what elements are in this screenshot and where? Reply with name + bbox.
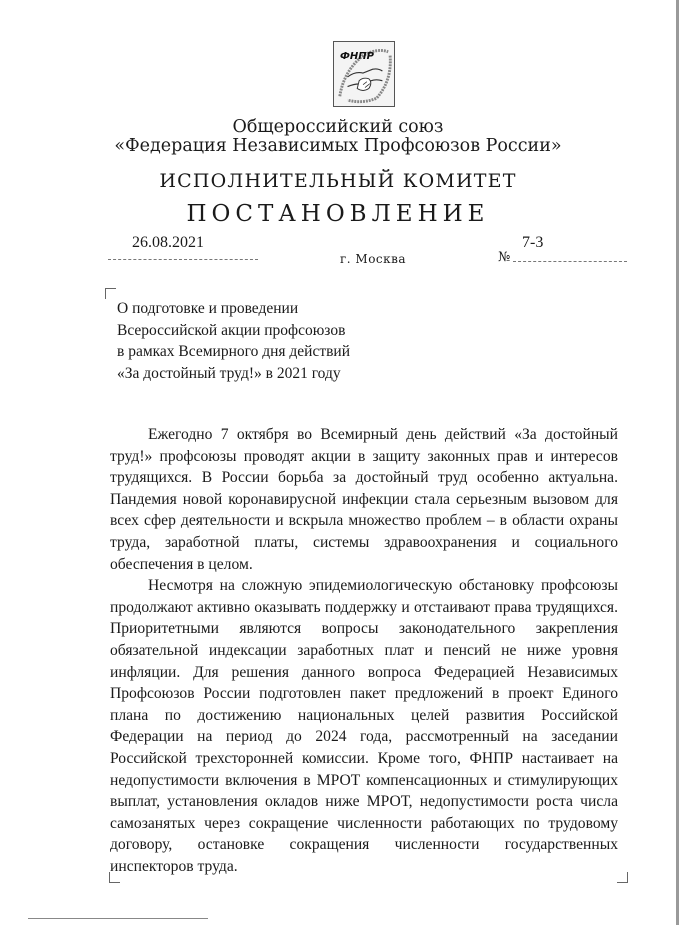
- number-sign: №: [498, 250, 510, 265]
- logo-abbreviation: ФНПР: [340, 51, 374, 62]
- corner-mark-bottom-right: [617, 872, 628, 883]
- subject-line: О подготовке и проведении: [117, 298, 350, 320]
- subject-line: в рамках Всемирного дня действий: [117, 341, 350, 363]
- number-underline: [513, 261, 627, 262]
- document-body: Ежегодно 7 октября во Всемирный день дей…: [110, 424, 618, 877]
- subject-line: Всероссийской акции профсоюзов: [117, 320, 350, 342]
- document-subject: О подготовке и проведении Всероссийской …: [117, 298, 350, 384]
- date-underline: [108, 259, 258, 260]
- footer-rule: [28, 918, 208, 919]
- corner-mark-top-left: [105, 288, 116, 299]
- committee-title: ИСПОЛНИТЕЛЬНЫЙ КОМИТЕТ: [0, 170, 676, 192]
- document-type-title: ПОСТАНОВЛЕНИЕ: [0, 201, 676, 227]
- document-page: ФНПР Общероссийский союз «Федерация Неза…: [0, 0, 676, 925]
- subject-line: «За достойный труд!» в 2021 году: [117, 363, 350, 385]
- document-date: 26.08.2021: [132, 234, 204, 252]
- document-number: 7-3: [522, 234, 543, 252]
- org-name-line2: «Федерация Независимых Профсоюзов России…: [0, 136, 676, 156]
- document-city: г. Москва: [340, 252, 406, 266]
- body-paragraph: Несмотря на сложную эпидемиологическую о…: [110, 575, 618, 877]
- logo-text: ФНПР: [333, 41, 395, 107]
- body-paragraph: Ежегодно 7 октября во Всемирный день дей…: [110, 424, 618, 575]
- corner-mark-bottom-left: [109, 872, 120, 883]
- org-name-line1: Общероссийский союз: [0, 117, 676, 137]
